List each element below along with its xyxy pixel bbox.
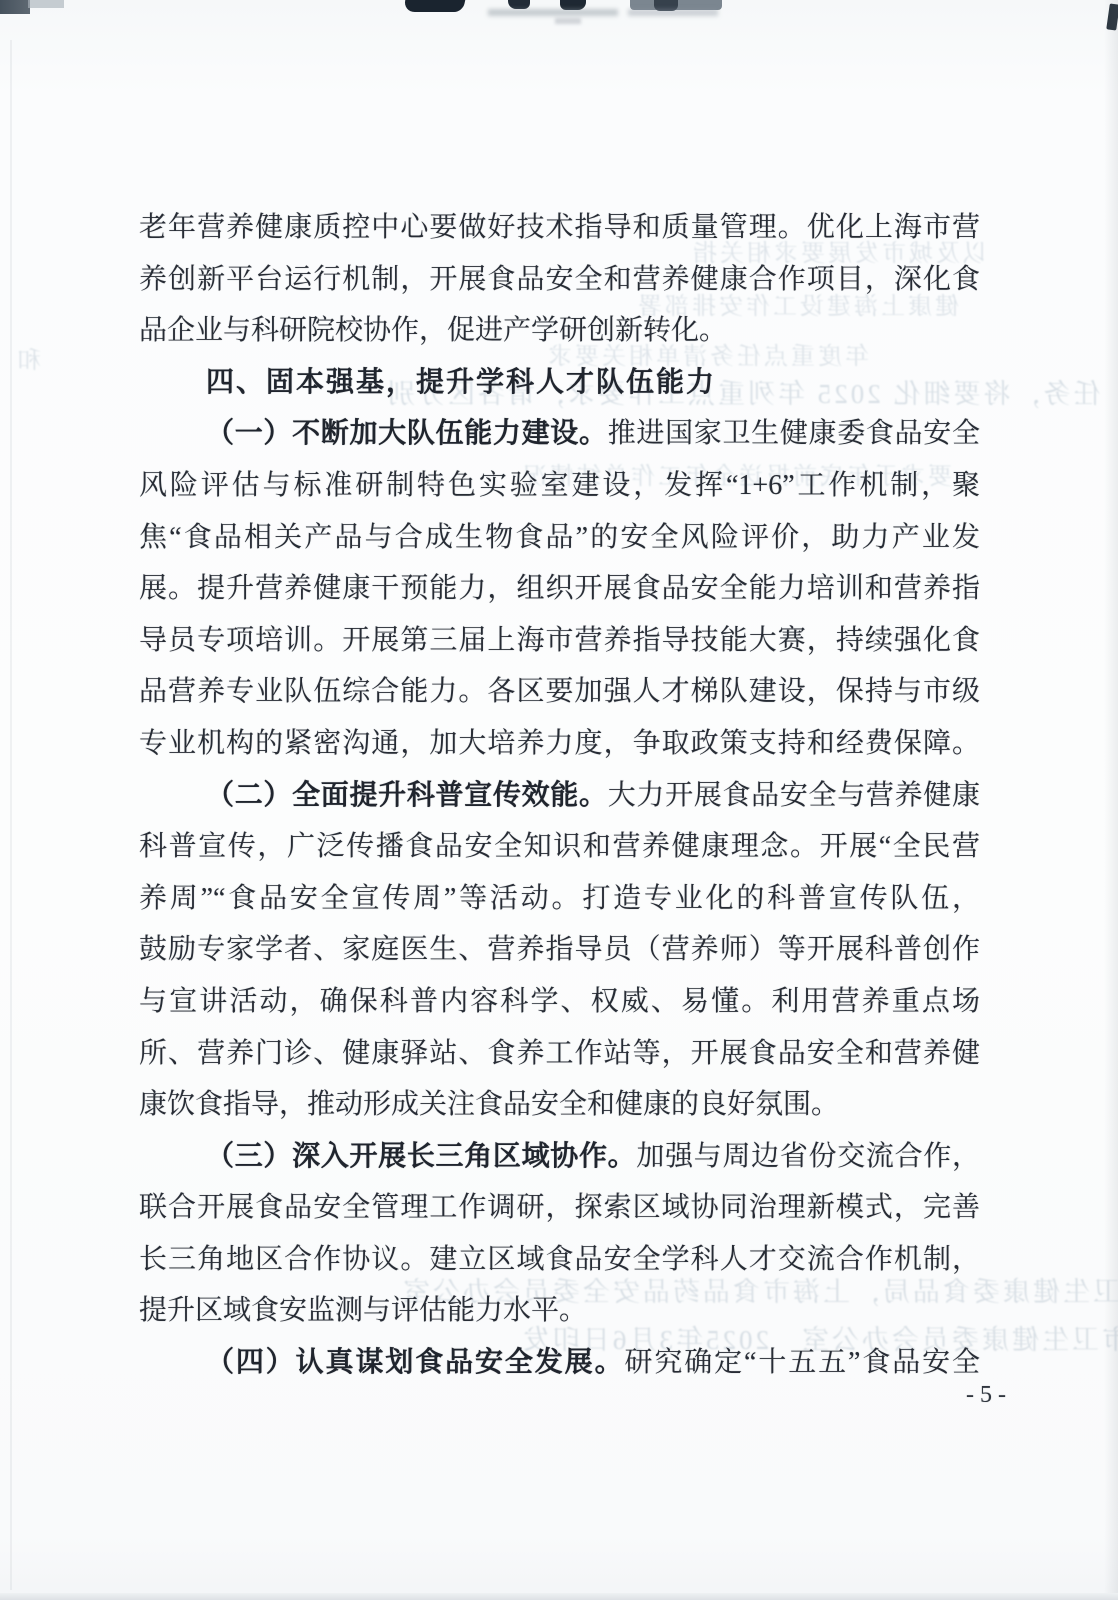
- line-text: 推进国家卫生健康委食品安全: [608, 418, 980, 449]
- heading-text: 四、固本强基，提升学科人才队伍能力: [206, 366, 716, 397]
- line-text: 品营养专业队伍综合能力。各区要加强人才梯队建设，保持与市级: [139, 676, 980, 707]
- section-heading: 四、固本强基，提升学科人才队伍能力: [139, 356, 980, 408]
- line-text: 养创新平台运行机制，开展食品安全和营养健康合作项目，深化食: [139, 264, 980, 295]
- bleedthrough-text: 和: [14, 340, 41, 375]
- text-line: 长三角地区合作协议。建立区域食品安全学科人才交流合作机制，: [139, 1233, 980, 1285]
- scan-artifact: [508, 0, 530, 9]
- scan-artifact: [628, 9, 718, 16]
- text-line: 养周”“食品安全宣传周”等活动。打造专业化的科普宣传队伍，: [139, 872, 980, 924]
- text-line: 导员专项培训。开展第三届上海市营养指导技能大赛，持续强化食: [139, 614, 980, 666]
- text-line: （二）全面提升科普宣传效能。大力开展食品安全与营养健康: [139, 769, 980, 821]
- line-text: 所、营养门诊、健康驿站、食养工作站等，开展食品安全和营养健: [139, 1038, 980, 1069]
- scan-artifact: [403, 0, 466, 12]
- line-text: 联合开展食品安全管理工作调研，探索区域协同治理新模式，完善: [139, 1192, 980, 1223]
- scan-artifact: [0, 1593, 1118, 1600]
- line-text: 加强与周边省份交流合作，: [636, 1141, 980, 1172]
- line-text: 与宣讲活动，确保科普内容科学、权威、易懂。利用营养重点场: [139, 986, 980, 1017]
- line-text: 提升区域食安监测与评估能力水平。: [139, 1295, 587, 1326]
- text-line: （四）认真谋划食品安全发展。研究确定“十五五”食品安全: [139, 1336, 980, 1388]
- text-line: 焦“食品相关产品与合成生物食品”的安全风险评价，助力产业发: [139, 511, 980, 563]
- document-body: 老年营养健康质控中心要做好技术指导和质量管理。优化上海市营 养创新平台运行机制，…: [139, 201, 980, 1388]
- line-bold-lead: （二）全面提升科普宣传效能。: [206, 779, 608, 810]
- scan-shadow: [1104, 0, 1118, 1600]
- scan-artifact: [28, 0, 64, 8]
- text-line: 专业机构的紧密沟通，加大培养力度，争取政策支持和经费保障。: [139, 717, 980, 769]
- scan-artifact: [10, 40, 12, 1590]
- text-line: 鼓励专家学者、家庭医生、营养指导员（营养师）等开展科普创作: [139, 923, 980, 975]
- text-line: 科普宣传，广泛传播食品安全知识和营养健康理念。开展“全民营: [139, 820, 980, 872]
- line-text: 长三角地区合作协议。建立区域食品安全学科人才交流合作机制，: [139, 1244, 980, 1275]
- text-line: 品营养专业队伍综合能力。各区要加强人才梯队建设，保持与市级: [139, 665, 980, 717]
- text-line: 老年营养健康质控中心要做好技术指导和质量管理。优化上海市营: [139, 201, 980, 253]
- text-line: 所、营养门诊、健康驿站、食养工作站等，开展食品安全和营养健: [139, 1027, 980, 1079]
- line-text: 风险评估与标准研制特色实验室建设，发挥“1+6”工作机制，聚: [139, 470, 980, 501]
- text-line: 风险评估与标准研制特色实验室建设，发挥“1+6”工作机制，聚: [139, 459, 980, 511]
- text-line: 提升区域食安监测与评估能力水平。: [139, 1284, 980, 1336]
- text-line: （三）深入开展长三角区域协作。加强与周边省份交流合作，: [139, 1130, 980, 1182]
- line-bold-lead: （一）不断加大队伍能力建设。: [206, 417, 608, 448]
- scanned-document-page: 以及城市发展要求相关指 健康上海建设工作安排部署 年度重点任务清单相关要求 任务…: [0, 0, 1118, 1600]
- line-text: 老年营养健康质控中心要做好技术指导和质量管理。优化上海市营: [139, 212, 980, 243]
- scan-artifact: [0, 0, 30, 14]
- text-line: 与宣讲活动，确保科普内容科学、权威、易懂。利用营养重点场: [139, 975, 980, 1027]
- page-number: -5-: [966, 1382, 1012, 1409]
- line-text: 科普宣传，广泛传播食品安全知识和营养健康理念。开展“全民营: [139, 831, 980, 862]
- line-bold-lead: （三）深入开展长三角区域协作。: [206, 1140, 636, 1171]
- line-text: 专业机构的紧密沟通，加大培养力度，争取政策支持和经费保障。: [139, 728, 980, 759]
- line-text: 鼓励专家学者、家庭医生、营养指导员（营养师）等开展科普创作: [139, 934, 980, 965]
- text-line: 康饮食指导，推动形成关注食品安全和健康的良好氛围。: [139, 1078, 980, 1130]
- scan-artifact: [488, 9, 618, 16]
- line-text: 研究确定“十五五”食品安全: [624, 1347, 980, 1378]
- line-bold-lead: （四）认真谋划食品安全发展。: [206, 1346, 624, 1377]
- text-line: （一）不断加大队伍能力建设。推进国家卫生健康委食品安全: [139, 407, 980, 459]
- text-line: 养创新平台运行机制，开展食品安全和营养健康合作项目，深化食: [139, 253, 980, 305]
- text-line: 品企业与科研院校协作，促进产学研创新转化。: [139, 304, 980, 356]
- line-text: 展。提升营养健康干预能力，组织开展食品安全能力培训和营养指: [139, 573, 980, 604]
- scan-artifact: [555, 18, 581, 24]
- text-line: 展。提升营养健康干预能力，组织开展食品安全能力培训和营养指: [139, 562, 980, 614]
- line-text: 养周”“食品安全宣传周”等活动。打造专业化的科普宣传队伍，: [139, 883, 980, 914]
- line-text: 康饮食指导，推动形成关注食品安全和健康的良好氛围。: [139, 1089, 839, 1120]
- line-text: 品企业与科研院校协作，促进产学研创新转化。: [139, 315, 727, 346]
- line-text: 焦“食品相关产品与合成生物食品”的安全风险评价，助力产业发: [139, 522, 980, 553]
- text-line: 联合开展食品安全管理工作调研，探索区域协同治理新模式，完善: [139, 1181, 980, 1233]
- line-text: 大力开展食品安全与营养健康: [608, 780, 980, 811]
- line-text: 导员专项培训。开展第三届上海市营养指导技能大赛，持续强化食: [139, 625, 980, 656]
